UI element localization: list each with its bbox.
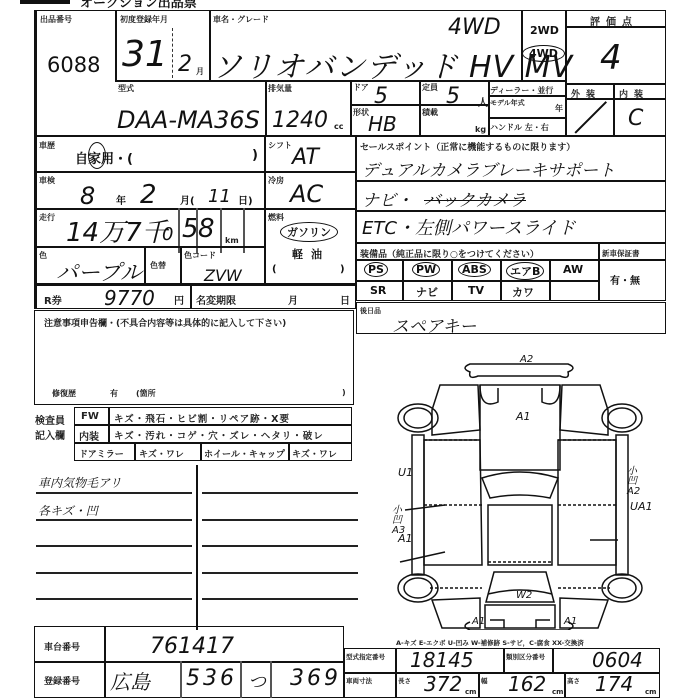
mark-rear-bumper-right: A1 [564,616,577,627]
drive-4wd-selected: 4WD [522,45,565,62]
drive-2wd: 2WD [530,24,559,37]
car-damage-diagram [360,340,660,630]
car-name-label: 車名・グレード [213,14,269,25]
model-code: DAA-MA36S [117,106,260,134]
drive-note: 4WD [448,15,501,40]
notes-label: 注意事項申告欄・(不具合内容等は具体的に記入して下さい) [44,316,286,329]
equip-sr: SR [370,284,386,297]
lot-label: 出品番号 [40,14,72,25]
sales-point-1: デュアルカメラブレーキサポート [362,156,615,181]
sales-point-3: ETC・左側パワースライド [362,214,576,240]
shape: HB [368,112,397,136]
inspector-note-2: 各キズ・凹 [38,502,98,519]
sales-point-2: ナビ・ [362,186,413,211]
mark-hood: A1 [516,410,531,423]
mark-rear-window: W2 [516,590,532,601]
inspection-year: 8 [80,182,95,210]
mark-right-rear-door: UA1 [630,500,653,513]
header-banner [20,0,70,4]
mileage-main: 14万7千 [66,212,168,249]
type-approval-number: 18145 [410,648,474,672]
ac: AC [290,180,323,208]
first-reg-year: 31 [122,34,168,75]
score-value: 4 [600,38,622,78]
inspection-day: 11 [208,186,231,207]
height: 174 [595,672,633,696]
equip-tv: TV [468,284,484,297]
category-number: 0604 [592,648,643,672]
fuel-selected: ガソリン [280,222,338,242]
sales-point-struck: バックカメラ [424,186,526,211]
first-reg-label: 初度登録年月 [120,14,168,25]
reg-kana: つ [248,668,266,694]
mark-front-bumper: A2 [520,354,533,365]
interior-score: C [628,106,643,131]
width: 162 [508,672,546,696]
first-reg-month: 2 [178,52,192,77]
accessories-value: スペアキー [392,312,476,337]
equip-ps: PS [364,262,388,277]
equip-airbag: エアB [506,262,544,280]
equip-pw: PW [412,262,440,277]
equip-leather: カワ [512,284,534,300]
length: 372 [424,672,462,696]
recycle-fee: 9770 [104,286,155,310]
equip-aw: AW [563,263,583,276]
inspector-note-1: 車内気物毛アリ [38,474,122,491]
mark-left-front: U1 [398,466,413,479]
shift: AT [292,145,319,170]
inspection-month: 2 [140,180,157,210]
equip-navi: ナビ [416,284,438,300]
displacement: 1240 [272,108,328,133]
usage-circle [88,142,106,169]
reg-area: 広島 [110,666,150,695]
damage-legend: A-キズ E-エクボ U-凹み W-補修跡 S-サビ，C-腐食 XX-交換済 [396,638,584,647]
reg-number: 369 [290,666,341,691]
warranty-value: 有・無 [610,272,640,287]
equip-abs: ABS [458,262,491,277]
lot-number: 6088 [47,53,100,77]
mark-rear-bumper-left: A1 [472,616,485,627]
mark-right-side: 小凹A2 [627,467,643,497]
reg-class: 536 [186,666,237,691]
chassis-number: 761417 [150,634,234,659]
mark-left-rear: A1 [398,532,413,545]
